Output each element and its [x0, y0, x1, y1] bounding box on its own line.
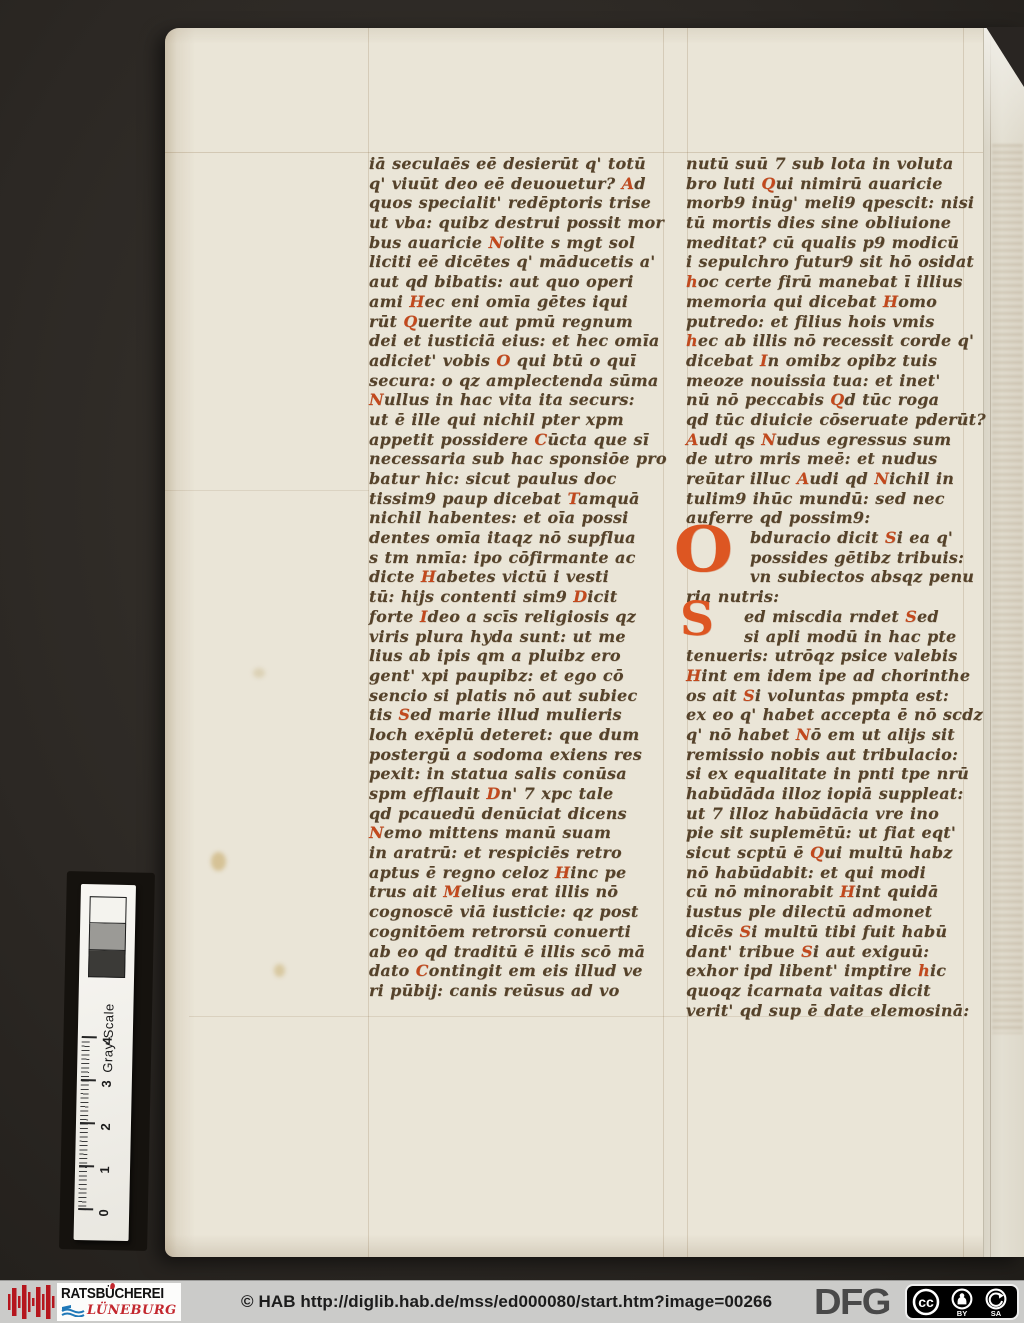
manuscript-line: ex eo q' habet accepta ē nō scdz	[686, 705, 986, 725]
book-fore-edge	[983, 28, 1024, 1257]
manuscript-line: bus auaricie Nolite s mgt sol	[369, 233, 665, 253]
parchment-stain	[253, 668, 265, 678]
manuscript-line: qd tūc diuicie cōseruate pderūt?	[686, 410, 986, 430]
manuscript-line: dei et iusticiā eius: et hec omīa	[369, 331, 665, 351]
manuscript-line: dant' tribue Si aut exiguū:	[686, 942, 986, 962]
cc-by-sa-icons: cc BY SA	[911, 1287, 1013, 1317]
manuscript-line: tū: hijs contenti sim9 Dicit	[369, 587, 665, 607]
manuscript-line: gent' xpi paupibz: et ego cō	[369, 666, 665, 686]
manuscript-line: si apli modū in hac pte	[686, 627, 986, 647]
manuscript-line: hoc certe firū manebat ī illius	[686, 272, 986, 292]
manuscript-line: postergū a sodoma exiens res	[369, 745, 665, 765]
manuscript-line: liciti eē dicētes q' māducetis a'	[369, 252, 665, 272]
manuscript-line: i sepulchro futur9 sit hō osidat	[686, 252, 986, 272]
manuscript-line: nutū suū 7 sub lota in voluta	[686, 154, 986, 174]
manuscript-line: tenueris: utrōqz psice valebis	[686, 646, 986, 666]
manuscript-line: ab eo qd traditū ē illis scō mā	[369, 942, 665, 962]
manuscript-line: nō habūdabit: et qui modi	[686, 863, 986, 883]
manuscript-line: loch exēplū deteret: que dum	[369, 725, 665, 745]
manuscript-line: meditat? cū qualis p9 modicū	[686, 233, 986, 253]
patch-white	[89, 896, 127, 924]
manuscript-line: ed miscdia rndet Sed	[686, 607, 986, 627]
manuscript-line: ria nutris:	[686, 587, 986, 607]
ruler-major-tick	[79, 1165, 94, 1167]
manuscript-line: tis Sed marie illud mulieris	[369, 705, 665, 725]
manuscript-line: Nemo mittens manū suam	[369, 823, 665, 843]
lombard-initial-s: S	[680, 598, 714, 642]
manuscript-line: cognoscē viā iusticie: qz post	[369, 902, 665, 922]
manuscript-line: cognitōem retrorsū conuerti	[369, 922, 665, 942]
ruler-number: 4	[100, 1030, 114, 1044]
manuscript-line: q' viuūt deo eē deuouetur? Ad	[369, 174, 665, 194]
manuscript-line: aptus ē regno celoz Hinc pe	[369, 863, 665, 883]
manuscript-line: ami Hec eni omīa gētes iqui	[369, 292, 665, 312]
umlaut-red-dot-icon	[110, 1283, 115, 1289]
manuscript-line: reūtar illuc Audi qd Nichil in	[686, 469, 986, 489]
manuscript-page: iā seculaēs eē desierūt q' totūq' viuūt …	[165, 28, 1024, 1257]
svg-text:BY: BY	[957, 1309, 967, 1317]
patch-gray	[89, 923, 127, 951]
manuscript-line: Nullus in hac vita ita securs:	[369, 390, 665, 410]
manuscript-line: batur hic: sicut paulus doc	[369, 469, 665, 489]
parchment-stain	[211, 852, 226, 871]
patch-dark	[88, 950, 126, 978]
ruler-major-tick	[82, 1036, 97, 1038]
library-city-text: LÜNEBURG	[87, 1303, 177, 1318]
manuscript-line: verit' qd sup ē date elemosinā:	[686, 1001, 986, 1021]
manuscript-line: secura: o qz amplectenda sūma	[369, 371, 665, 391]
manuscript-line: hec ab illis nō recessit corde q'	[686, 331, 986, 351]
manuscript-line: adiciet' vobis O qui btū o quī	[369, 351, 665, 371]
manuscript-line: dicēs Si multū tibi fuit habū	[686, 922, 986, 942]
manuscript-line: quos specialit' redēptoris trise	[369, 193, 665, 213]
manuscript-line: ut vba: quibz destrui possit mor	[369, 213, 665, 233]
ruler-major-tick	[81, 1079, 96, 1081]
manuscript-line: s tm nmīa: ipo cōfirmante ac	[369, 548, 665, 568]
lombard-initial-o: O	[674, 520, 733, 578]
manuscript-line: bro luti Qui nimirū auaricie	[686, 174, 986, 194]
library-logo: RATSBÜCHEREI LÜNEBURG	[57, 1283, 181, 1321]
showthrough-text	[992, 144, 1023, 1034]
manuscript-line: tissim9 paup dicebat Tamquā	[369, 489, 665, 509]
svg-text:cc: cc	[918, 1294, 934, 1310]
waves-icon	[61, 1304, 85, 1317]
manuscript-line: necessaria sub hac sponsiōe pro	[369, 449, 665, 469]
manuscript-line: remissio nobis aut tribulacio:	[686, 745, 986, 765]
manuscript-line: tulim9 ihūc mundū: sed nec	[686, 489, 986, 509]
manuscript-line: Hint em idem ipe ad chorinthe	[686, 666, 986, 686]
gray-scale-patches	[88, 896, 127, 978]
ruler-number: 0	[96, 1202, 110, 1216]
manuscript-line: de utro mris meē: et nudus	[686, 449, 986, 469]
manuscript-line: exhor ipd libent' imptire hic	[686, 961, 986, 981]
manuscript-line: putredo: et filius hois vmis	[686, 312, 986, 332]
manuscript-line: q' nō habet Nō em ut alijs sit	[686, 725, 986, 745]
parchment-stain	[274, 964, 285, 977]
manuscript-line: cū nō minorabit Hint quidā	[686, 882, 986, 902]
manuscript-line: nū nō peccabis Qd tūc roga	[686, 390, 986, 410]
manuscript-line: si ex equalitate in pnti tpe nrū	[686, 764, 986, 784]
manuscript-line: dentes omīa itaqz nō supflua	[369, 528, 665, 548]
manuscript-line: in aratrū: et respiciēs retro	[369, 843, 665, 863]
manuscript-line: sicut scptū ē Qui multū habz	[686, 843, 986, 863]
dfg-logo: DFG	[814, 1281, 890, 1323]
ruler-major-tick	[78, 1208, 93, 1210]
manuscript-line: habūdāda illoz iopiā suppleat:	[686, 784, 986, 804]
manuscript-line: rūt Querite aut pmū regnum	[369, 312, 665, 332]
manuscript-line: dicebat In omibz opibz tuis	[686, 351, 986, 371]
manuscript-line: aut qd bibatis: aut quo operi	[369, 272, 665, 292]
manuscript-line: quoqz icarnata vaitas dicit	[686, 981, 986, 1001]
manuscript-line: forte Ideo a scīs religiosis qz	[369, 607, 665, 627]
text-column-left: iā seculaēs eē desierūt q' totūq' viuūt …	[369, 154, 665, 1001]
manuscript-line: spm efflauit Dn' 7 xpc tale	[369, 784, 665, 804]
caption-bar: RATSBÜCHEREI LÜNEBURG © HAB http://digli…	[0, 1280, 1024, 1323]
manuscript-line: memoria qui dicebat Homo	[686, 292, 986, 312]
manuscript-line: ut 7 illoz habūdācia vre ino	[686, 804, 986, 824]
ruler-number: 1	[97, 1159, 111, 1173]
manuscript-line: morb9 inūg' meli9 qpescit: nisi	[686, 193, 986, 213]
manuscript-line: iustus ple dilectū admonet	[686, 902, 986, 922]
text-column-right: nutū suū 7 sub lota in volutabro luti Qu…	[686, 154, 986, 1020]
manuscript-line: pie sit suplemētū: ut fiat eqt'	[686, 823, 986, 843]
ruling-line	[165, 490, 369, 491]
ruler-number: 2	[98, 1116, 112, 1130]
manuscript-line: os ait Si voluntas pmpta est:	[686, 686, 986, 706]
manuscript-line: sencio si platis nō aut subiec	[369, 686, 665, 706]
manuscript-line: pexit: in statua salis conūsa	[369, 764, 665, 784]
manuscript-line: lius ab ipis qm a pluibz ero	[369, 646, 665, 666]
manuscript-line: qd pcauedū denūciat dicens	[369, 804, 665, 824]
manuscript-line: trus ait Melius erat illis nō	[369, 882, 665, 902]
manuscript-line: nichil habentes: et oīa possi	[369, 508, 665, 528]
scan-background: iā seculaēs eē desierūt q' totūq' viuūt …	[0, 0, 1024, 1281]
ruling-line	[165, 152, 984, 153]
manuscript-line: ut ē ille qui nichil pter xpm	[369, 410, 665, 430]
library-name: RATSBÜCHEREI	[61, 1286, 173, 1302]
svg-text:SA: SA	[991, 1309, 1002, 1317]
ruler-major-tick	[80, 1122, 95, 1124]
ratsbuecherei-bars-icon	[7, 1284, 55, 1320]
manuscript-line: viris plura hyda sunt: ut me	[369, 627, 665, 647]
manuscript-line: tū mortis dies sine obliuione	[686, 213, 986, 233]
cc-license-badge: cc BY SA	[905, 1284, 1019, 1320]
manuscript-line: ri pūbij: canis reūsus ad vo	[369, 981, 665, 1001]
manuscript-line: meoze nouissia tua: et inet'	[686, 371, 986, 391]
manuscript-line: dicte Habetes victū i vesti	[369, 567, 665, 587]
manuscript-line: Audi qs Nudus egressus sum	[686, 430, 986, 450]
manuscript-line: iā seculaēs eē desierūt q' totū	[369, 154, 665, 174]
page-edge-line	[990, 28, 991, 1257]
gray-scale-ruler: Gray Scale 43210	[74, 884, 136, 1241]
manuscript-line: dato Contingit em eis illud ve	[369, 961, 665, 981]
ruler-number: 3	[99, 1073, 113, 1087]
copyright-url-text: © HAB http://diglib.hab.de/mss/ed000080/…	[241, 1292, 772, 1312]
manuscript-line: appetit possidere Cūcta que sī	[369, 430, 665, 450]
